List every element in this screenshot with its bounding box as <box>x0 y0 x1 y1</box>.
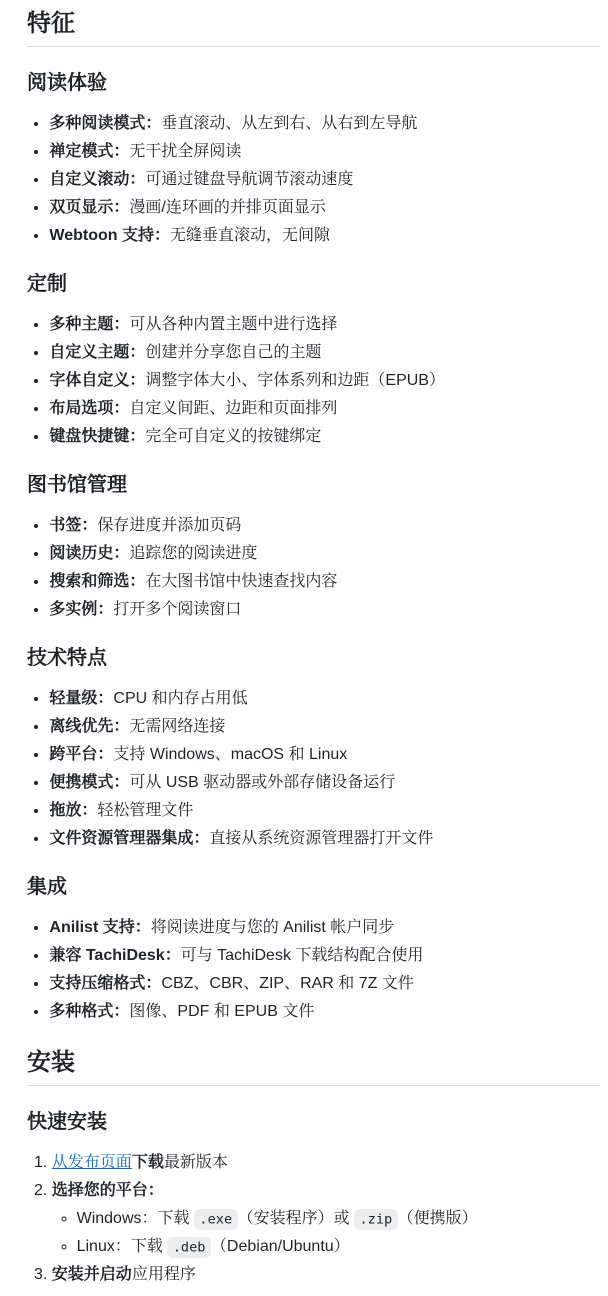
feature-item-text: 创建并分享您自己的主题 <box>145 344 321 361</box>
feature-item: 多种阅读模式：垂直滚动、从左到右、从右到左导航 <box>49 112 600 136</box>
install-step-download: 从发布页面下载最新版本 <box>52 1151 600 1175</box>
install-step-platform: 选择您的平台： Windows：下载 .exe（安装程序）或 .zip（便携版）… <box>52 1179 600 1259</box>
feature-item-label: 阅读历史： <box>49 545 129 562</box>
feature-item: 字体自定义：调整字体大小、字体系列和边距（EPUB） <box>49 369 600 393</box>
quick-install-heading: 快速安装 <box>27 1110 600 1135</box>
feature-item-label: 便携模式： <box>49 774 129 791</box>
inline-code-zip: .zip <box>354 1209 398 1230</box>
feature-item: 多种主题：可从各种内置主题中进行选择 <box>49 313 600 337</box>
feature-item-label: Webtoon 支持： <box>49 227 170 244</box>
platform-text: （便携版） <box>398 1210 478 1227</box>
feature-item-label: 字体自定义： <box>49 372 145 389</box>
feature-item: 拖放：轻松管理文件 <box>49 799 600 823</box>
step-text: 最新版本 <box>164 1154 228 1171</box>
feature-item-label: 文件资源管理器集成： <box>49 830 209 847</box>
feature-item-text: 直接从系统资源管理器打开文件 <box>209 830 433 847</box>
feature-item-label: 多种阅读模式： <box>49 115 161 132</box>
feature-item-text: CPU 和内存占用低 <box>113 690 247 707</box>
feature-item: Webtoon 支持：无缝垂直滚动，无间隙 <box>49 224 600 248</box>
install-step-launch: 安装并启动应用程序 <box>52 1263 600 1287</box>
platform-text: （Debian/Ubuntu） <box>211 1238 350 1255</box>
feature-item: 离线优先：无需网络连接 <box>49 715 600 739</box>
feature-item-text: 垂直滚动、从左到右、从右到左导航 <box>161 115 417 132</box>
feature-item-text: 漫画/连环画的并排页面显示 <box>129 199 325 216</box>
feature-item-label: 多实例： <box>49 601 113 618</box>
feature-item-text: 支持 Windows、macOS 和 Linux <box>113 746 347 763</box>
feature-item-text: 在大图书馆中快速查找内容 <box>145 573 337 590</box>
step-bold-text: 安装并启动 <box>52 1266 132 1283</box>
step-text: 应用程序 <box>132 1266 196 1283</box>
feature-item-label: 拖放： <box>49 802 97 819</box>
feature-item-text: 自定义间距、边距和页面排列 <box>129 400 337 417</box>
feature-item: 支持压缩格式：CBZ、CBR、ZIP、RAR 和 7Z 文件 <box>49 972 600 996</box>
feature-item-text: CBZ、CBR、ZIP、RAR 和 7Z 文件 <box>161 975 413 992</box>
feature-item-text: 打开多个阅读窗口 <box>113 601 241 618</box>
feature-item-label: 搜索和筛选： <box>49 573 145 590</box>
platform-text: Windows：下载 <box>77 1210 194 1227</box>
feature-item-text: 图像、PDF 和 EPUB 文件 <box>129 1003 314 1020</box>
feature-item-text: 无缝垂直滚动，无间隙 <box>170 227 330 244</box>
feature-item-label: 多种主题： <box>49 316 129 333</box>
step-bold-text: 选择您的平台： <box>52 1182 164 1199</box>
feature-item-text: 可与 TachiDesk 下载结构配合使用 <box>181 947 424 964</box>
feature-item: 轻量级：CPU 和内存占用低 <box>49 687 600 711</box>
feature-item-text: 可从 USB 驱动器或外部存储设备运行 <box>129 774 395 791</box>
feature-item-text: 可通过键盘导航调节滚动速度 <box>145 171 353 188</box>
integrations-list: Anilist 支持：将阅读进度与您的 Anilist 帐户同步 兼容 Tach… <box>27 916 600 1024</box>
feature-item: Anilist 支持：将阅读进度与您的 Anilist 帐户同步 <box>49 916 600 940</box>
feature-item: 阅读历史：追踪您的阅读进度 <box>49 542 600 566</box>
features-heading: 特征 <box>27 9 600 47</box>
platform-list: Windows：下载 .exe（安装程序）或 .zip（便携版） Linux：下… <box>52 1207 600 1259</box>
feature-item-label: 跨平台： <box>49 746 113 763</box>
feature-item-text: 轻松管理文件 <box>97 802 193 819</box>
feature-item: 文件资源管理器集成：直接从系统资源管理器打开文件 <box>49 827 600 851</box>
platform-text: （安装程序）或 <box>238 1210 354 1227</box>
installation-heading: 安装 <box>27 1048 600 1086</box>
feature-item-label: 双页显示： <box>49 199 129 216</box>
feature-item: 兼容 TachiDesk：可与 TachiDesk 下载结构配合使用 <box>49 944 600 968</box>
library-management-heading: 图书馆管理 <box>27 473 600 498</box>
step-bold-text: 下载 <box>132 1154 164 1171</box>
feature-item: 自定义滚动：可通过键盘导航调节滚动速度 <box>49 168 600 192</box>
feature-item: 书签：保存进度并添加页码 <box>49 514 600 538</box>
reading-experience-heading: 阅读体验 <box>27 71 600 96</box>
feature-item-label: 支持压缩格式： <box>49 975 161 992</box>
releases-page-link[interactable]: 从发布页面 <box>52 1154 132 1171</box>
feature-item-text: 追踪您的阅读进度 <box>129 545 257 562</box>
platform-text: Linux：下载 <box>77 1238 168 1255</box>
feature-item-label: 兼容 TachiDesk： <box>49 947 180 964</box>
feature-item: 禅定模式：无干扰全屏阅读 <box>49 140 600 164</box>
feature-item-text: 完全可自定义的按键绑定 <box>145 428 321 445</box>
inline-code-exe: .exe <box>194 1209 238 1230</box>
feature-item: 键盘快捷键：完全可自定义的按键绑定 <box>49 425 600 449</box>
platform-item-windows: Windows：下载 .exe（安装程序）或 .zip（便携版） <box>77 1207 600 1231</box>
feature-item-label: 离线优先： <box>49 718 129 735</box>
reading-experience-list: 多种阅读模式：垂直滚动、从左到右、从右到左导航 禅定模式：无干扰全屏阅读 自定义… <box>27 112 600 248</box>
feature-item: 双页显示：漫画/连环画的并排页面显示 <box>49 196 600 220</box>
feature-item-text: 调整字体大小、字体系列和边距（EPUB） <box>145 372 445 389</box>
feature-item-label: 键盘快捷键： <box>49 428 145 445</box>
feature-item-label: 禅定模式： <box>49 143 129 160</box>
integrations-heading: 集成 <box>27 875 600 900</box>
feature-item: 布局选项：自定义间距、边距和页面排列 <box>49 397 600 421</box>
feature-item-text: 保存进度并添加页码 <box>97 517 241 534</box>
feature-item-label: 自定义滚动： <box>49 171 145 188</box>
feature-item-text: 无干扰全屏阅读 <box>129 143 241 160</box>
inline-code-deb: .deb <box>167 1237 211 1258</box>
feature-item: 自定义主题：创建并分享您自己的主题 <box>49 341 600 365</box>
feature-item-label: 自定义主题： <box>49 344 145 361</box>
technical-features-heading: 技术特点 <box>27 646 600 671</box>
feature-item-text: 将阅读进度与您的 Anilist 帐户同步 <box>151 919 395 936</box>
feature-item: 搜索和筛选：在大图书馆中快速查找内容 <box>49 570 600 594</box>
library-management-list: 书签：保存进度并添加页码 阅读历史：追踪您的阅读进度 搜索和筛选：在大图书馆中快… <box>27 514 600 622</box>
feature-item: 多实例：打开多个阅读窗口 <box>49 598 600 622</box>
feature-item: 跨平台：支持 Windows、macOS 和 Linux <box>49 743 600 767</box>
customization-list: 多种主题：可从各种内置主题中进行选择 自定义主题：创建并分享您自己的主题 字体自… <box>27 313 600 449</box>
feature-item-label: 多种格式： <box>49 1003 129 1020</box>
feature-item: 多种格式：图像、PDF 和 EPUB 文件 <box>49 1000 600 1024</box>
platform-item-linux: Linux：下载 .deb（Debian/Ubuntu） <box>77 1235 600 1259</box>
technical-features-list: 轻量级：CPU 和内存占用低 离线优先：无需网络连接 跨平台：支持 Window… <box>27 687 600 851</box>
customization-heading: 定制 <box>27 272 600 297</box>
feature-item-label: 布局选项： <box>49 400 129 417</box>
install-steps: 从发布页面下载最新版本 选择您的平台： Windows：下载 .exe（安装程序… <box>27 1151 600 1287</box>
feature-item-text: 可从各种内置主题中进行选择 <box>129 316 337 333</box>
feature-item-label: 轻量级： <box>49 690 113 707</box>
feature-item-label: Anilist 支持： <box>49 919 150 936</box>
feature-item: 便携模式：可从 USB 驱动器或外部存储设备运行 <box>49 771 600 795</box>
feature-item-label: 书签： <box>49 517 97 534</box>
readme-document: 特征 阅读体验 多种阅读模式：垂直滚动、从左到右、从右到左导航 禅定模式：无干扰… <box>0 0 608 1287</box>
feature-item-text: 无需网络连接 <box>129 718 225 735</box>
